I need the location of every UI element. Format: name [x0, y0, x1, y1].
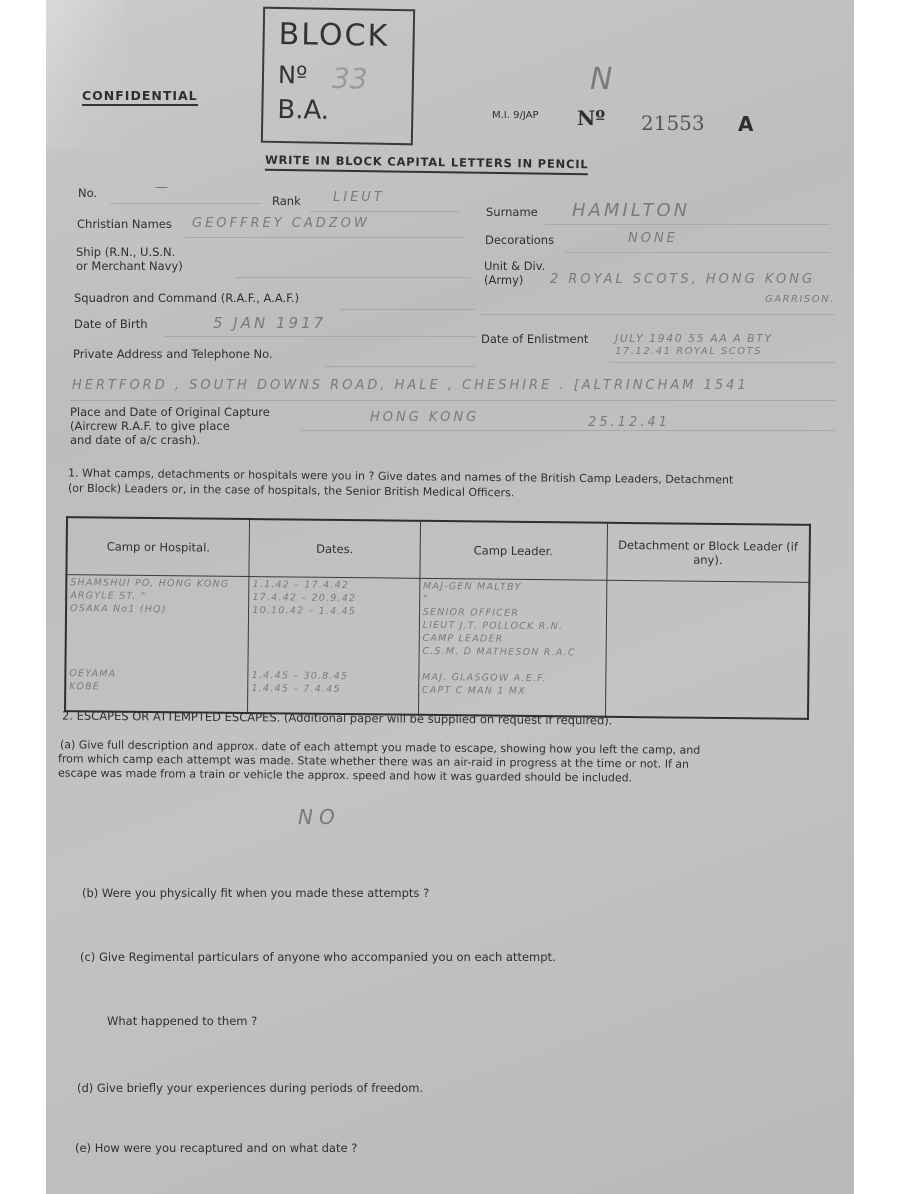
- leader-cell: CAPT C MAN 1 MX: [422, 685, 602, 700]
- capture-label-line1: Place and Date of Original Capture: [70, 405, 270, 419]
- block-stamp-no: Nº: [278, 61, 308, 90]
- surname-value[interactable]: HAMILTON: [572, 200, 690, 221]
- private-address-value[interactable]: HERTFORD , SOUTH DOWNS ROAD, HALE , CHES…: [72, 378, 749, 393]
- private-address-label: Private Address and Telephone No.: [73, 347, 273, 361]
- dates-column[interactable]: 1.1.42 – 17.4.42 17.4.42 – 20.9.42 10.10…: [248, 577, 420, 715]
- camp-leader-column[interactable]: MAJ-GEN MALTBY " SENIOR OFFICER LIEUT J.…: [418, 578, 606, 716]
- form-reference: M.I. 9/JAP: [492, 110, 539, 121]
- capture-date-value[interactable]: 25.12.41: [588, 415, 670, 430]
- number-symbol: Nº: [577, 106, 605, 130]
- detachment-leader-column[interactable]: [605, 580, 809, 719]
- column-header-camp-leader: Camp Leader.: [420, 521, 607, 580]
- serial-suffix: A: [738, 112, 753, 136]
- capture-label-line3: and date of a/c crash).: [70, 433, 200, 447]
- question-2c-followup: What happened to them ?: [107, 1014, 257, 1028]
- date-of-enlistment-label: Date of Enlistment: [481, 332, 588, 346]
- column-header-dates: Dates.: [249, 519, 420, 578]
- question-2a-answer[interactable]: NO: [298, 805, 341, 829]
- block-stamp-title: BLOCK: [278, 17, 389, 54]
- camp-column[interactable]: SHAMSHUI PO, HONG KONG ARGYLE ST. " OSAK…: [65, 575, 249, 713]
- block-stamp: BLOCK Nº 33 B.A.: [261, 7, 415, 146]
- decorations-label: Decorations: [485, 233, 554, 247]
- christian-names-label: Christian Names: [77, 217, 172, 231]
- decorations-value[interactable]: NONE: [628, 231, 678, 246]
- block-number: 33: [332, 62, 368, 96]
- date-of-enlistment-value-line1[interactable]: JULY 1940 55 AA A BTY: [615, 332, 773, 345]
- date-of-enlistment-value-line2[interactable]: 17.12.41 ROYAL SCOTS: [615, 346, 762, 357]
- unit-label-line2: (Army): [484, 273, 523, 287]
- capture-label-line2: (Aircrew R.A.F. to give place: [70, 419, 230, 433]
- camps-table: Camp or Hospital. Dates. Camp Leader. De…: [64, 516, 811, 720]
- squadron-label: Squadron and Command (R.A.F., A.A.F.): [74, 291, 299, 305]
- question-2b: (b) Were you physically fit when you mad…: [82, 886, 429, 900]
- christian-names-value[interactable]: GEOFFREY CADZOW: [192, 216, 370, 231]
- paper-fold-shadow: [46, 0, 126, 150]
- date-of-birth-value[interactable]: 5 JAN 1917: [213, 314, 326, 332]
- date-cell: 1.4.45 – 7.4.45: [251, 683, 415, 698]
- classification-label: CONFIDENTIAL: [82, 88, 198, 106]
- unit-value-line1[interactable]: 2 ROYAL SCOTS, HONG KONG: [550, 272, 815, 287]
- block-stamp-ba: B.A.: [277, 95, 329, 126]
- capture-place-value[interactable]: HONG KONG: [370, 410, 479, 425]
- rank-value[interactable]: LIEUT: [333, 190, 385, 205]
- camp-cell: KOBE: [69, 681, 244, 696]
- no-value[interactable]: —: [155, 180, 171, 195]
- unit-value-line2[interactable]: GARRISON.: [765, 294, 835, 305]
- question-2e: (e) How were you recaptured and on what …: [75, 1141, 357, 1155]
- unit-label-line1: Unit & Div.: [484, 259, 545, 273]
- date-of-birth-label: Date of Birth: [74, 317, 148, 331]
- ship-label-line1: Ship (R.N., U.S.N.: [76, 245, 175, 259]
- serial-number: 21553: [641, 111, 705, 135]
- no-label: No.: [78, 186, 97, 200]
- pencil-mark: N: [590, 62, 612, 97]
- rank-label: Rank: [272, 194, 301, 208]
- question-2d: (d) Give briefly your experiences during…: [77, 1081, 423, 1095]
- column-header-detachment-leader: Detachment or Block Leader (if any).: [606, 523, 810, 583]
- column-header-camp: Camp or Hospital.: [66, 517, 249, 576]
- question-2c: (c) Give Regimental particulars of anyon…: [80, 950, 556, 964]
- surname-label: Surname: [486, 205, 538, 219]
- ship-label-line2: or Merchant Navy): [76, 259, 183, 273]
